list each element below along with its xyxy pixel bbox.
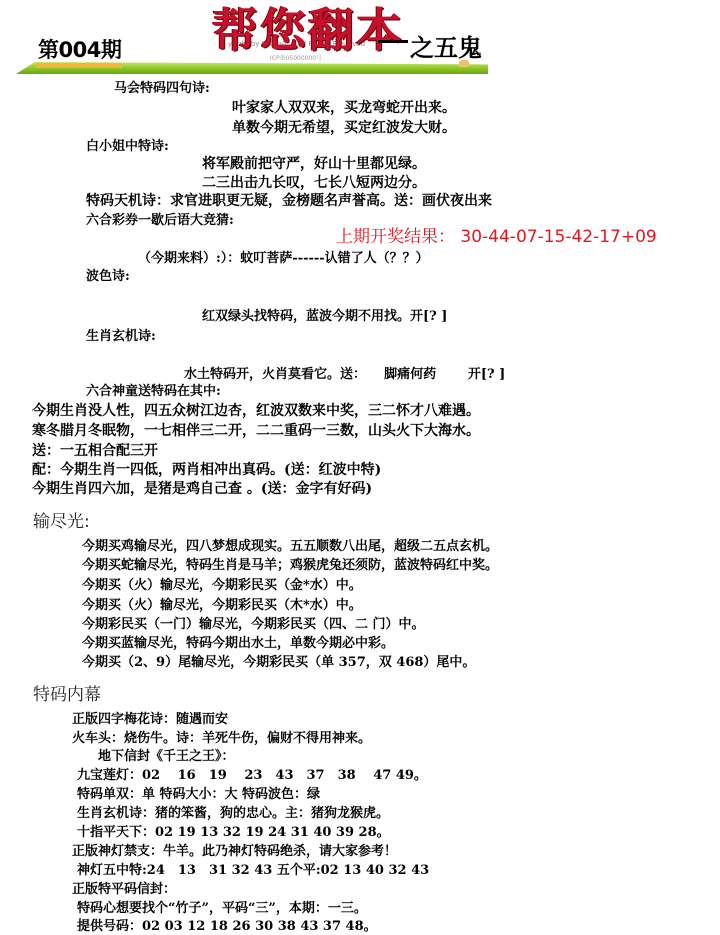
inside-line: 十指平天下：02 19 13 32 19 24 31 40 39 28。 bbox=[77, 824, 390, 842]
last-result: 上期开奖结果： 30-44-07-15-42-17+09 bbox=[336, 222, 657, 247]
miss-bai-title: 白小姐中特诗: bbox=[86, 138, 169, 156]
lose-all-line: 今期买（火）输尽光，今期彩民买（金*水）中。 bbox=[82, 577, 362, 595]
shentong-line: 配：今期生肖一四低，两肖相冲出真码。(送：红波中特) bbox=[32, 461, 381, 480]
last-result-label: 上期开奖结果： bbox=[336, 227, 455, 247]
header-banner: 第004期 yright by Dabiao ... All Rights Re… bbox=[0, 0, 720, 76]
inside-line: 正版神灯禁支：牛羊。此乃神灯特码绝杀，请大家参考！ bbox=[72, 843, 397, 861]
shentong-line: 寒冬腊月冬眠物，一七相伴三二开，二二重码一三数，山头火下大海水。 bbox=[32, 422, 480, 441]
shentong-line: 今期生肖没人性，四五众树江边杏，红波双数来中奖，三二怀才八难遇。 bbox=[32, 402, 480, 421]
lose-all-line: 今期买（火）输尽光，今期彩民买（木*水）中。 bbox=[82, 597, 362, 615]
zodiac-poem-line-c: 开[? ] bbox=[468, 367, 505, 382]
inside-line: 九宝莲灯：02 16 19 23 43 37 38 47 49。 bbox=[77, 767, 427, 785]
zodiac-poem-line-a: 水土特码开，火肖莫看它。送： bbox=[184, 367, 366, 382]
inside-line: 提供号码：02 03 12 18 26 30 38 43 37 48。 bbox=[77, 918, 377, 935]
shentong-line: 今期生肖四六加，是猪是鸡自己查 。(送：金字有好码) bbox=[32, 480, 372, 499]
lose-all-line: 今期买蓝输尽光，特码今期出水土，单数今期必中彩。 bbox=[82, 635, 394, 653]
zodiac-poem-line-b: 脚痛何药 bbox=[384, 367, 436, 382]
shentong-title: 六合神童送特码在其中: bbox=[86, 383, 221, 401]
inside-line: 特码心想要找个“竹子”，平码“三”，本期：一三。 bbox=[77, 900, 367, 918]
last-result-numbers: 30-44-07-15-42-17+09 bbox=[460, 227, 656, 247]
brand-subtitle: 之五鬼 bbox=[410, 28, 482, 63]
inside-line: 神灯五中特:24 13 31 32 43 五个平:02 13 40 32 43 bbox=[77, 862, 429, 880]
lose-all-line: 今期买（2、9）尾输尽光，今期彩民买（单 357，双 468）尾中。 bbox=[82, 654, 475, 672]
wave-poem-line: 红双绿头找特码，蓝波今期不用找。开[? ] bbox=[202, 308, 447, 326]
wave-poem-title: 波色诗: bbox=[86, 268, 130, 286]
lose-all-line: 今期彩民买（一门）输尽光，今期彩民买（四、二 门）中。 bbox=[82, 616, 425, 634]
title-dash bbox=[378, 40, 408, 43]
inside-line: 生肖玄机诗：猪的笨酱，狗的忠心。主：猪狗龙猴虎。 bbox=[77, 805, 389, 823]
issue-number: 第004期 bbox=[38, 34, 121, 64]
inside-line: 火车头：烧伤牛。诗：羊死牛伤，偏财不得用神来。 bbox=[72, 730, 371, 748]
inside-line: 地下信封《千王之王》： bbox=[98, 748, 235, 766]
brand-title: 帮您翻本 bbox=[212, 0, 404, 60]
lose-all-heading: 输尽光: bbox=[33, 507, 90, 532]
miss-bai-line: 二三出击九长叹，七长八短两边分。 bbox=[202, 174, 426, 193]
riddle-line: （今期来料）:）：蚊叮菩萨------认错了人（？？） bbox=[138, 250, 429, 268]
horse-poem-line: 单数今期无希望，买定红波发大财。 bbox=[232, 119, 456, 138]
inside-line: 特码单双：单 特码大小：大 特码波色：绿 bbox=[77, 786, 320, 804]
lose-all-line: 今期买蛇输尽光，特码生肖是马羊；鸡猴虎兔还须防，蓝波特码红中奖。 bbox=[82, 557, 498, 575]
inside-line: 正版四字梅花诗：随遇而安 bbox=[72, 711, 228, 729]
zodiac-poem-title: 生肖玄机诗: bbox=[86, 328, 156, 346]
miss-bai-line: 将军殿前把守严，好山十里都见绿。 bbox=[202, 155, 426, 174]
inside-heading: 特码内幕 bbox=[33, 680, 101, 705]
zodiac-poem-line: 水土特码开，火肖莫看它。送： 脚痛何药 开[? ] bbox=[184, 366, 505, 384]
shentong-line: 送：一五相合配三开 bbox=[32, 442, 158, 461]
tianji-poem: 特码天机诗：求官进职更无疑，金榜题名声誉高。送：画伏夜出来 bbox=[86, 192, 492, 211]
horse-poem-line: 叶家家人双双来，买龙弯蛇开出来。 bbox=[232, 99, 456, 118]
horse-poem-title: 马会特码四句诗: bbox=[114, 80, 210, 98]
lose-all-line: 今期买鸡输尽光，四八梦想成现实。五五顺数八出尾，超级二五点玄机。 bbox=[82, 538, 498, 556]
inside-line: 正版特平码信封： bbox=[72, 881, 176, 899]
riddle-title: 六合彩券一歇后语大竞猜: bbox=[86, 212, 234, 230]
